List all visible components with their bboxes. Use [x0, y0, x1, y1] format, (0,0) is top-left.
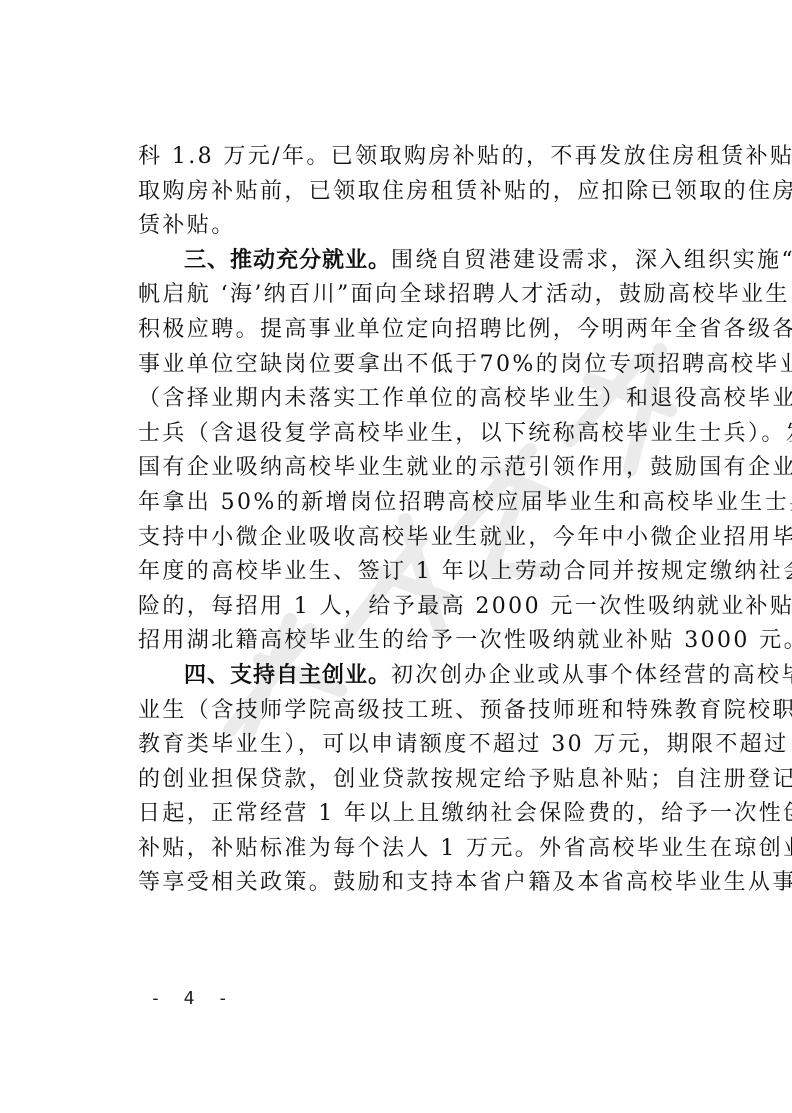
- text-line: 四、支持自主创业。初次创办企业或从事个体经营的高校毕: [138, 659, 720, 694]
- text-line: 的创业担保贷款，创业贷款按规定给予贴息补贴；自注册登记之: [138, 763, 720, 798]
- text-line: 国有企业吸纳高校毕业生就业的示范引领作用，鼓励国有企业每: [138, 451, 720, 486]
- text-line: 险的，每招用 1 人，给予最高 2000 元一次性吸纳就业补贴；对: [138, 590, 720, 625]
- text-run: 初次创办企业或从事个体经营的高校毕: [391, 663, 792, 688]
- text-line: 士兵（含退役复学高校毕业生，以下统称高校毕业生士兵）。发挥: [138, 417, 720, 452]
- text-line: 日起，正常经营 1 年以上且缴纳社会保险费的，给予一次性创业: [138, 797, 720, 832]
- section-heading: 四、支持自主创业。: [184, 663, 391, 688]
- text-line: 科 1.8 万元/年。已领取购房补贴的，不再发放住房租赁补贴。领: [138, 140, 720, 175]
- text-line: 赁补贴。: [138, 209, 720, 244]
- document-page: 科 1.8 万元/年。已领取购房补贴的，不再发放住房租赁补贴。领 取购房补贴前，…: [0, 0, 792, 1113]
- text-line: 教育类毕业生），可以申请额度不超过 30 万元，期限不超过 3 年: [138, 728, 720, 763]
- text-line: 等享受相关政策。鼓励和支持本省户籍及本省高校毕业生从事电: [138, 866, 720, 901]
- text-line: 取购房补贴前，已领取住房租赁补贴的，应扣除已领取的住房租: [138, 175, 720, 210]
- text-line: 支持中小微企业吸收高校毕业生就业，今年中小微企业招用毕业: [138, 521, 720, 556]
- text-line: 补贴，补贴标准为每个法人 1 万元。外省高校毕业生在琼创业同: [138, 832, 720, 867]
- text-line: 业生（含技师学院高级技工班、预备技师班和特殊教育院校职业: [138, 694, 720, 729]
- text-line: （含择业期内未落实工作单位的高校毕业生）和退役高校毕业生: [138, 382, 720, 417]
- text-line: 事业单位空缺岗位要拿出不低于70%的岗位专项招聘高校毕业生: [138, 348, 720, 383]
- text-line: 三、推动充分就业。围绕自贸港建设需求，深入组织实施“扬: [138, 244, 720, 279]
- text-line: 积极应聘。提高事业单位定向招聘比例，今明两年全省各级各类: [138, 313, 720, 348]
- paragraph-housing-subsidy: 科 1.8 万元/年。已领取购房补贴的，不再发放住房租赁补贴。领 取购房补贴前，…: [138, 140, 720, 244]
- paragraph-section-4: 四、支持自主创业。初次创办企业或从事个体经营的高校毕 业生（含技师学院高级技工班…: [138, 659, 720, 901]
- text-line: 年拿出 50%的新增岗位招聘高校应届毕业生和高校毕业生士兵。: [138, 486, 720, 521]
- text-run: 围绕自贸港建设需求，深入组织实施“扬: [391, 248, 792, 273]
- paragraph-section-3: 三、推动充分就业。围绕自贸港建设需求，深入组织实施“扬 帆启航 ‘海’纳百川”面…: [138, 244, 720, 659]
- text-line: 招用湖北籍高校毕业生的给予一次性吸纳就业补贴 3000 元。: [138, 624, 720, 659]
- text-line: 年度的高校毕业生、签订 1 年以上劳动合同并按规定缴纳社会保: [138, 555, 720, 590]
- section-heading: 三、推动充分就业。: [184, 248, 391, 273]
- text-line: 帆启航 ‘海’纳百川”面向全球招聘人才活动，鼓励高校毕业生: [138, 278, 720, 313]
- document-body: 科 1.8 万元/年。已领取购房补贴的，不再发放住房租赁补贴。领 取购房补贴前，…: [138, 140, 720, 901]
- page-number: - 4 -: [150, 988, 234, 1009]
